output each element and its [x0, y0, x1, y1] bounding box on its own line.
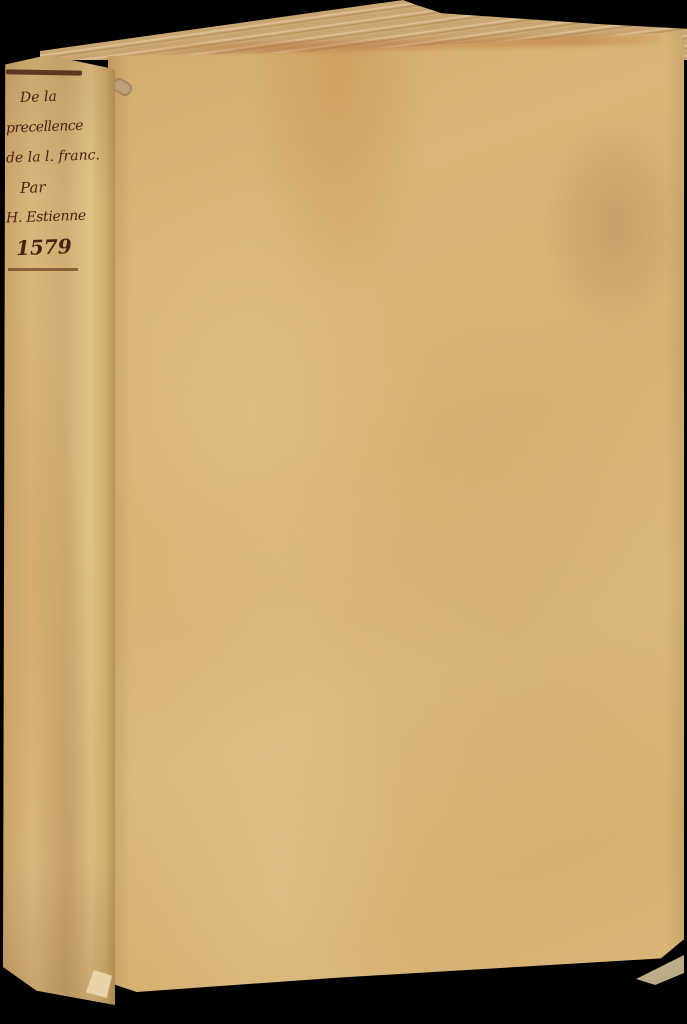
worn-corner-right: [636, 955, 684, 985]
front-cover-texture: [108, 32, 684, 992]
spine-label-line: De la: [6, 81, 91, 114]
spine-label-line: precellence: [6, 111, 91, 144]
book-photo: De la precellence de la l. franc. Par H.…: [0, 0, 687, 1024]
spine-label-line: de la l. franc.: [6, 141, 91, 174]
spine-ink-band-bottom: [8, 268, 78, 271]
spine-manuscript-label: De la precellence de la l. franc. Par H.…: [6, 82, 90, 262]
spine-label-line: Par: [6, 171, 91, 204]
spine-label-year: 1579: [6, 231, 91, 264]
spine-label-line: H. Estienne: [6, 201, 91, 234]
image-subject: Antique limp vellum bound book, standing…: [0, 0, 1, 1]
